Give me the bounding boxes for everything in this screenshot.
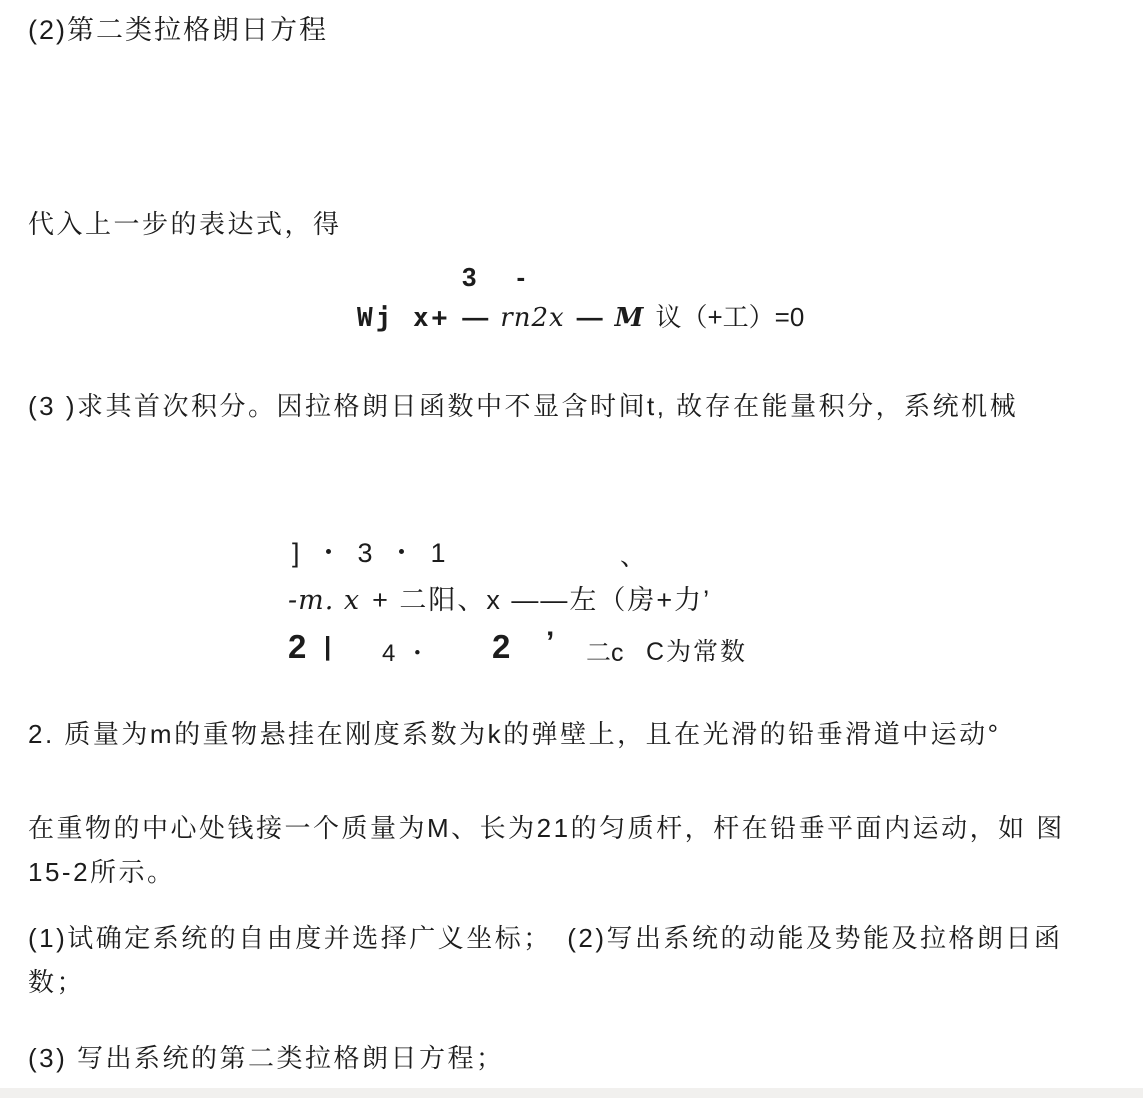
equation-2-row3-equals-c: 二c [586,633,624,669]
equation-2-row3-big2-left: 2 [288,628,306,666]
equation-1-superscript-row: 3 - [462,262,525,293]
equation-2-row3-four-dot: 4・ [382,633,439,668]
problem2-statement-line3: 15-2所示。 [28,852,176,889]
equation-1-dash: — [577,302,603,333]
equation-2-row1-bracket: ] [292,538,304,568]
equation-2-row1-main: ・ 3 ・ 1 [315,538,450,568]
step3-line: (3 )求其首次积分。因拉格朗日函数中不显含时间t, 故存在能量积分，系统机械 [28,386,1018,423]
equation-2-row3-bar: | [324,631,331,662]
problem2-question-3: (3) 写出系统的第二类拉格朗日方程； [28,1038,505,1075]
intro-line: 代入上一步的表达式，得 [28,204,342,241]
equation-2-row2: -m. x + 二阳、x ——左（房+力’ [288,578,711,617]
equation-2-row3-quote: ’ [546,626,554,660]
document-page: (2)第二类拉格朗日方程 代入上一步的表达式，得 3 - Wj x+ — rn2… [0,0,1143,1098]
equation-1: Wj x+ — rn2x — M 议（+工）=0 [357,297,804,334]
equation-1-term-M: M [615,303,644,333]
equation-2-row3-constant-note: C为常数 [646,632,747,668]
problem2-statement-line2: 在重物的中心处钱接一个质量为M、长为21的匀质杆，杆在铅垂平面内运动，如 图 [28,808,1065,845]
equation-2-row1: ] ・ 3 ・ 1 [292,531,450,570]
problem2-question-wrap: 数； [28,962,85,999]
equation-2-row3: 2 | 4・ 2 ’ 二c C为常数 [288,628,808,670]
equation-2-row3-big2-right: 2 [492,628,510,666]
section-heading: (2)第二类拉格朗日方程 [28,8,328,47]
problem2-statement-line1: 2. 质量为m的重物悬挂在刚度系数为k的弹壁上，且在光滑的铅垂滑道中运动° [28,714,1000,751]
equation-1-tail: 议（+工）=0 [655,297,804,334]
page-bottom-strip [0,1088,1143,1098]
equation-1-term-wj: Wj x+ [357,303,450,333]
equation-1-overbar: - [516,262,525,293]
equation-1-term-rn2x: rn2x [500,303,564,333]
equation-2-row2-mx: -m. x [288,585,360,616]
problem2-question-1-2: (1)试确定系统的自由度并选择广义坐标； (2)写出系统的动能及势能及拉格朗日函 [28,918,1063,955]
equation-2-row2-rest: + 二阳、x ——左（房+力’ [372,578,711,617]
equation-1-fraction-bar: — [462,302,488,333]
equation-2-row1-tail: 、 [620,536,646,573]
equation-1-superscript-3: 3 [462,262,476,293]
